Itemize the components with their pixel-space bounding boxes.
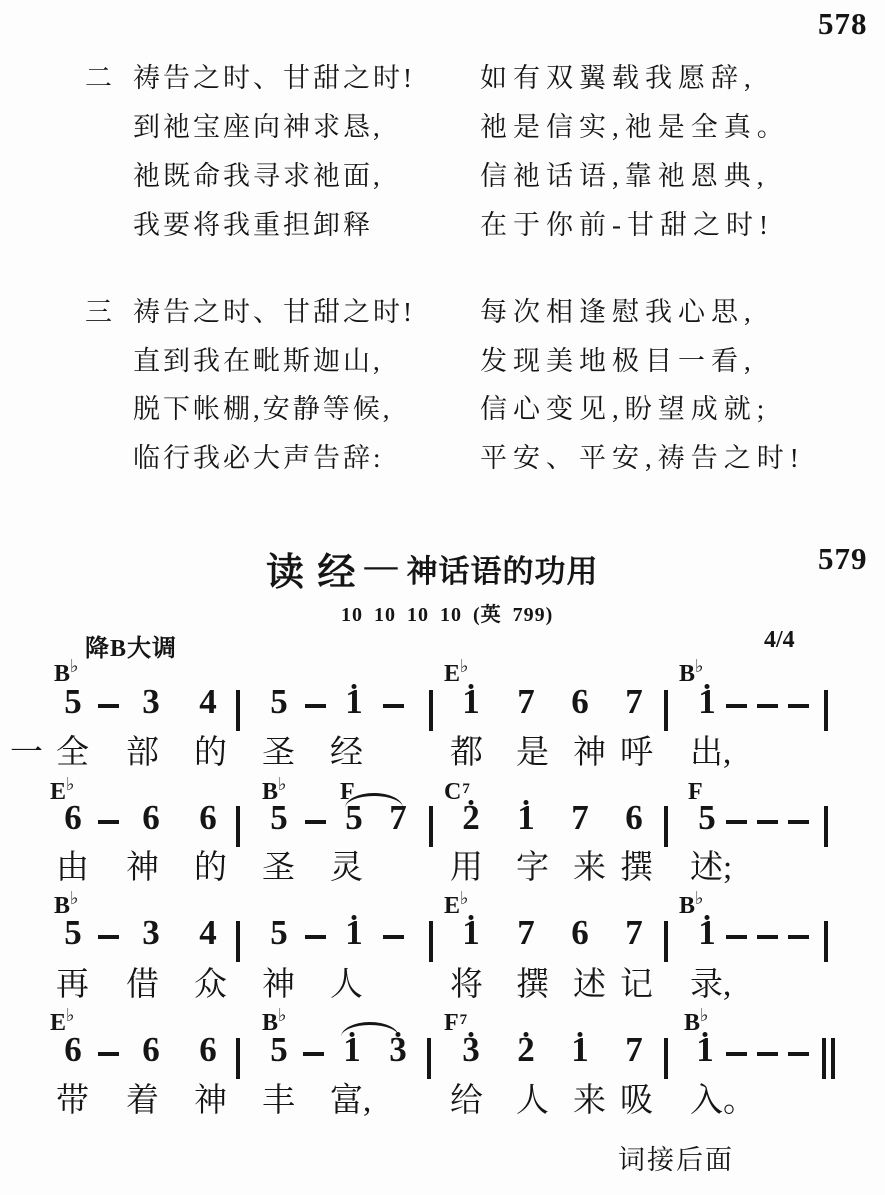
octave-dot [469, 1032, 474, 1037]
verse-text-left: 祷告之时、甘甜之时! [133, 56, 415, 95]
lyric-syllable: 录, [690, 969, 731, 1002]
lyric-syllable: 来 [573, 1085, 606, 1118]
note-digit: 7 [623, 915, 645, 950]
bar-line [236, 690, 240, 731]
verse-text-right: 祂是信实,祂是全真。 [480, 105, 790, 144]
lyric-syllable: 灵 [330, 852, 363, 885]
note-dash [788, 935, 809, 939]
flat-sign: ♭ [695, 888, 704, 908]
lyric-syllable: 撰 [620, 852, 653, 885]
bar-line [236, 1038, 240, 1079]
note-digit: 1 [515, 800, 537, 835]
note-dash [726, 935, 747, 939]
bar-line [664, 806, 668, 847]
bar-line [824, 690, 828, 731]
note-dash [757, 820, 778, 824]
note-digit: 5 [62, 915, 84, 950]
lyric-syllable: 神 [194, 1085, 227, 1118]
bar-line [824, 921, 828, 962]
flat-sign: ♭ [460, 888, 469, 908]
note-digit: 3 [140, 915, 162, 950]
verse-text-right: 发现美地极目一看, [480, 339, 757, 378]
note-digit: 7 [515, 684, 537, 719]
lyric-syllable: 神 [126, 852, 159, 885]
bar-line [236, 921, 240, 962]
note-digit: 5 [696, 800, 718, 835]
note-digit: 2 [460, 800, 482, 835]
note-dash [98, 935, 119, 939]
verse-text-right: 在于你前-甘甜之时! [480, 203, 774, 242]
verse-row: 到祂宝座向神求恳,祂是信实,祂是全真。 [0, 105, 885, 147]
hymnal-page: 578 二祷告之时、甘甜之时!如有双翼载我愿辞,到祂宝座向神求恳,祂是信实,祂是… [0, 0, 885, 1195]
lyric-syllable: 丰 [262, 1085, 295, 1118]
verse-text-right: 如有双翼载我愿辞, [480, 56, 757, 95]
verse-text-left: 临行我必大声告辞: [133, 436, 384, 475]
note-digit: 3 [140, 684, 162, 719]
note-digit: 7 [569, 800, 591, 835]
note-dash [98, 1052, 119, 1056]
note-dash [303, 1052, 324, 1056]
note-dash [305, 935, 326, 939]
lyric-syllable: 全 [56, 737, 89, 770]
note-dash [383, 935, 404, 939]
hymn-title-main: 读 经 [266, 541, 358, 596]
chord-root: B [679, 661, 695, 687]
octave-dot [705, 915, 710, 920]
verse-number: 二 [85, 56, 112, 95]
octave-dot [469, 800, 474, 805]
bar-line [429, 806, 433, 847]
verse-text-left: 脱下帐棚,安静等候, [133, 387, 393, 426]
octave-dot [352, 684, 357, 689]
note-digit: 1 [460, 684, 482, 719]
lyric-syllable: 字 [516, 852, 549, 885]
note-digit: 7 [623, 684, 645, 719]
final-bar-line [822, 1038, 835, 1079]
lyric-syllable: 由 [56, 852, 89, 885]
verse-row: 三祷告之时、甘甜之时!每次相逢慰我心思, [0, 290, 885, 332]
note-digit: 1 [696, 915, 718, 950]
lyric-syllable: 的 [194, 737, 227, 770]
bar-line [664, 1038, 668, 1079]
note-digit: 6 [197, 800, 219, 835]
octave-dot [578, 1032, 583, 1037]
note-digit: 7 [515, 915, 537, 950]
note-dash [726, 1052, 747, 1056]
meter-line: 10 10 10 10 (英 799) [341, 598, 553, 627]
flat-sign: ♭ [460, 656, 469, 676]
lyric-syllable: 圣 [262, 737, 295, 770]
bar-line [664, 921, 668, 962]
hymn-title: 读 经 — 神话语的功用 [266, 541, 599, 596]
lyric-syllable: 是 [516, 737, 549, 770]
note-digit: 5 [268, 684, 290, 719]
note-digit: 6 [569, 684, 591, 719]
lyric-syllable: 都 [450, 737, 483, 770]
lyric-syllable: 用 [450, 852, 483, 885]
note-digit: 4 [197, 684, 219, 719]
octave-dot [469, 684, 474, 689]
note-dash [757, 935, 778, 939]
chord-root: E [444, 661, 460, 687]
note-digit: 6 [623, 800, 645, 835]
key-signature: 降B大调 [85, 628, 177, 663]
note-dash [757, 704, 778, 708]
note-digit: 6 [62, 1032, 84, 1067]
verse-row: 我要将我重担卸释在于你前-甘甜之时! [0, 203, 885, 245]
note-dash [788, 704, 809, 708]
octave-dot [703, 1032, 708, 1037]
verse-text-left: 祂既命我寻求祂面, [133, 154, 383, 193]
lyric-syllable: 呼 [620, 737, 653, 770]
page-number-578: 578 [818, 6, 868, 42]
note-digit: 1 [460, 915, 482, 950]
seventh-mark: 7 [462, 781, 470, 797]
bar-line [664, 690, 668, 731]
lyric-syllable: 众 [194, 969, 227, 1002]
lyric-syllable: 经 [330, 737, 363, 770]
coda-note: 词接后面 [618, 1138, 734, 1177]
flat-sign: ♭ [66, 774, 75, 794]
lyric-syllable: 借 [126, 969, 159, 1002]
lyric-syllable: 圣 [262, 852, 295, 885]
lyric-syllable: 再 [56, 969, 89, 1002]
note-digit: 1 [343, 684, 365, 719]
octave-dot [469, 915, 474, 920]
flat-sign: ♭ [700, 1005, 709, 1025]
note-digit: 5 [268, 800, 290, 835]
lyric-syllable: 神 [573, 737, 606, 770]
lyric-syllable: 给 [450, 1085, 483, 1118]
bar-line [236, 806, 240, 847]
octave-dot [524, 800, 529, 805]
note-dash [726, 704, 747, 708]
note-digit: 3 [387, 1032, 409, 1067]
verse-text-left: 我要将我重担卸释 [133, 203, 373, 242]
time-signature: 4/4 [764, 627, 795, 654]
note-digit: 5 [268, 915, 290, 950]
lyric-syllable: 着 [126, 1085, 159, 1118]
verse-row: 脱下帐棚,安静等候,信心变见,盼望成就; [0, 387, 885, 429]
verse-row: 二祷告之时、甘甜之时!如有双翼载我愿辞, [0, 56, 885, 98]
note-dash [305, 704, 326, 708]
chord-root: B [679, 893, 695, 919]
note-digit: 6 [140, 1032, 162, 1067]
flat-sign: ♭ [278, 774, 287, 794]
lyric-syllable: 述; [690, 852, 732, 885]
lyric-syllable: 述 [573, 969, 606, 1002]
note-digit: 2 [515, 1032, 537, 1067]
note-dash [98, 704, 119, 708]
bar-line [824, 806, 828, 847]
note-digit: 1 [569, 1032, 591, 1067]
note-digit: 1 [694, 1032, 716, 1067]
note-digit: 6 [197, 1032, 219, 1067]
note-digit: 5 [268, 1032, 290, 1067]
note-dash [788, 820, 809, 824]
note-digit: 6 [140, 800, 162, 835]
flat-sign: ♭ [278, 1005, 287, 1025]
seventh-mark: 7 [460, 1012, 468, 1028]
octave-dot [705, 684, 710, 689]
verse-text-right: 平安、平安,祷告之时! [480, 436, 805, 475]
lyric-syllable: 带 [56, 1085, 89, 1118]
note-digit: 5 [62, 684, 84, 719]
lyric-syllable: 人 [516, 1085, 549, 1118]
lyric-syllable: 的 [194, 852, 227, 885]
note-digit: 3 [460, 1032, 482, 1067]
slur [341, 1022, 399, 1037]
flat-sign: ♭ [70, 656, 79, 676]
lyric-syllable: 将 [450, 969, 483, 1002]
note-digit: 1 [343, 915, 365, 950]
verse-row: 祂既命我寻求祂面,信祂话语,靠祂恩典, [0, 154, 885, 196]
note-dash [788, 1052, 809, 1056]
chord-root: C [444, 779, 461, 805]
flat-sign: ♭ [70, 888, 79, 908]
note-dash [98, 820, 119, 824]
lyric-syllable: 入。 [690, 1085, 756, 1118]
verse-text-left: 直到我在毗斯迦山, [133, 339, 383, 378]
page-number-579: 579 [818, 541, 868, 577]
note-digit: 7 [623, 1032, 645, 1067]
lyric-syllable: 部 [126, 737, 159, 770]
verse-marker: 一 [10, 737, 43, 770]
lyric-syllable: 神 [262, 969, 295, 1002]
octave-dot [524, 1032, 529, 1037]
octave-dot [352, 915, 357, 920]
lyric-syllable: 吸 [620, 1085, 653, 1118]
bar-line [429, 921, 433, 962]
chord-root: E [444, 893, 460, 919]
lyric-syllable: 来 [573, 852, 606, 885]
note-digit: 6 [62, 800, 84, 835]
note-digit: 1 [341, 1032, 363, 1067]
note-dash [383, 704, 404, 708]
note-dash [305, 820, 326, 824]
note-digit: 6 [569, 915, 591, 950]
lyric-syllable: 人 [330, 969, 363, 1002]
hymn-title-subtitle: 神话语的功用 [407, 546, 599, 591]
lyric-syllable: 记 [620, 969, 653, 1002]
chord-root: F [444, 1010, 459, 1036]
lyric-syllable: 撰 [516, 969, 549, 1002]
flat-sign: ♭ [66, 1005, 75, 1025]
bar-line [429, 690, 433, 731]
note-dash [726, 820, 747, 824]
bar-line [427, 1038, 431, 1079]
verse-row: 直到我在毗斯迦山,发现美地极目一看, [0, 339, 885, 381]
verse-text-right: 每次相逢慰我心思, [480, 290, 757, 329]
verse-row: 临行我必大声告辞:平安、平安,祷告之时! [0, 436, 885, 478]
lyric-syllable: 出, [690, 737, 731, 770]
verse-text-right: 信祂话语,靠祂恩典, [480, 154, 770, 193]
hymn-title-dash: — [365, 548, 398, 585]
flat-sign: ♭ [695, 656, 704, 676]
verse-number: 三 [85, 290, 112, 329]
lyric-syllable: 富, [330, 1085, 371, 1118]
note-dash [757, 1052, 778, 1056]
verse-text-left: 到祂宝座向神求恳, [133, 105, 383, 144]
note-digit: 1 [696, 684, 718, 719]
verse-text-left: 祷告之时、甘甜之时! [133, 290, 415, 329]
note-digit: 4 [197, 915, 219, 950]
verse-text-right: 信心变见,盼望成就; [480, 387, 770, 426]
